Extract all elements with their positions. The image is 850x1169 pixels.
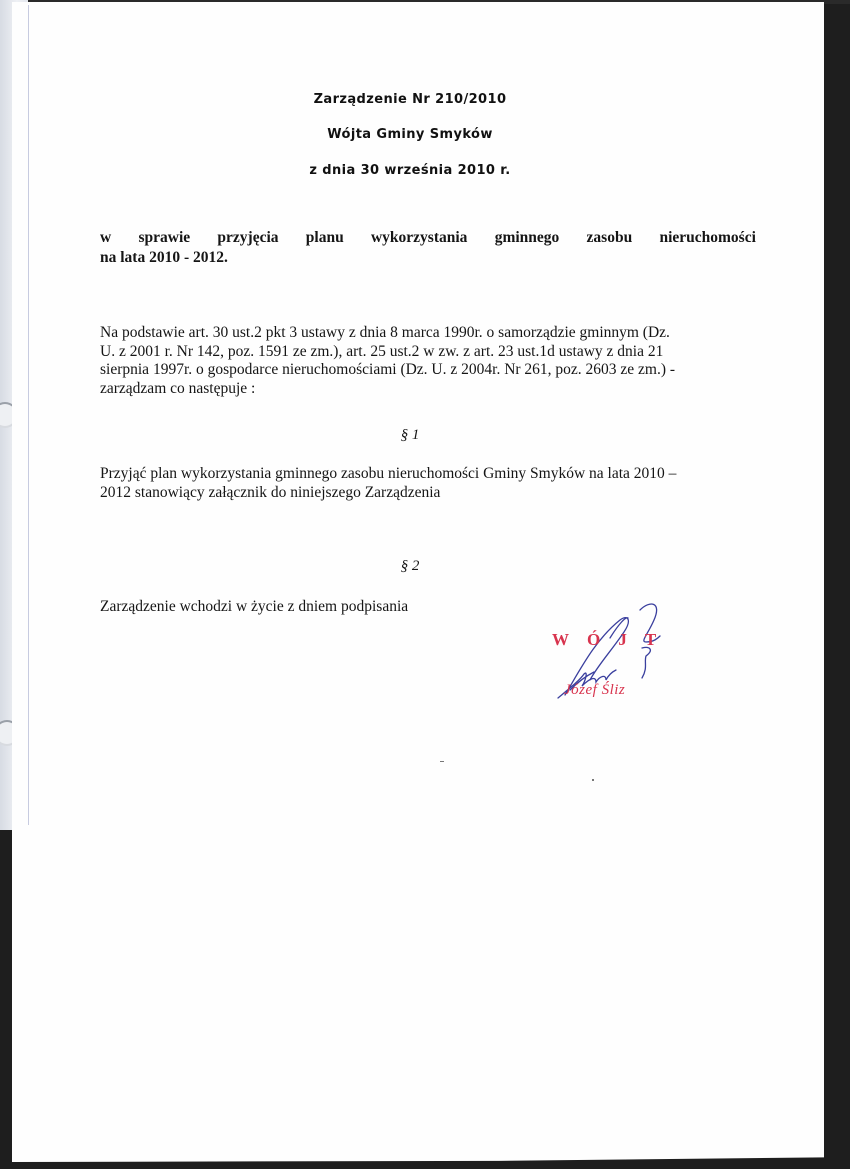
preamble-line: U. z 2001 r. Nr 142, poz. 1591 ze zm.), … xyxy=(100,343,740,362)
preamble-line: Na podstawie art. 30 ust.2 pkt 3 ustawy … xyxy=(100,324,740,343)
section-1-line: Przyjąć plan wykorzystania gminnego zaso… xyxy=(100,465,740,484)
section-2-heading: § 2 xyxy=(0,558,820,575)
subject-word: wykorzystania xyxy=(371,228,467,248)
subject-word: gminnego xyxy=(495,228,560,248)
document-issuer: Wójta Gminy Smyków xyxy=(0,127,820,142)
handwritten-signature-icon xyxy=(550,590,690,720)
document-subject: wsprawieprzyjęciaplanuwykorzystaniagminn… xyxy=(100,228,756,268)
stamp-name-text: Józef Śliz xyxy=(564,682,625,699)
official-stamp: W Ó J T Józef Śliz xyxy=(550,620,680,710)
subject-word: sprawie xyxy=(138,228,190,248)
subject-line-2: na lata 2010 - 2012. xyxy=(100,248,756,268)
section-1-body: Przyjąć plan wykorzystania gminnego zaso… xyxy=(100,465,740,502)
subject-word: przyjęcia xyxy=(217,228,278,248)
subject-word: planu xyxy=(306,228,344,248)
scan-artifact xyxy=(592,779,594,781)
document-title: Zarządzenie Nr 210/2010 xyxy=(0,92,820,107)
subject-line-1: wsprawieprzyjęciaplanuwykorzystaniagminn… xyxy=(100,228,756,248)
subject-word: nieruchomości xyxy=(659,228,755,248)
scan-artifact xyxy=(440,761,444,762)
section-1-line: 2012 stanowiący załącznik do niniejszego… xyxy=(100,484,740,503)
scanned-page-background: Zarządzenie Nr 210/2010 Wójta Gminy Smyk… xyxy=(0,0,850,1169)
preamble-line: sierpnia 1997r. o gospodarce nieruchomoś… xyxy=(100,361,740,380)
subject-word: w xyxy=(100,228,111,248)
document-date: z dnia 30 września 2010 r. xyxy=(0,163,820,178)
stamp-office-text: W Ó J T xyxy=(552,630,663,650)
preamble-paragraph: Na podstawie art. 30 ust.2 pkt 3 ustawy … xyxy=(100,324,740,398)
subject-word: zasobu xyxy=(587,228,633,248)
preamble-line: zarządzam co następuje : xyxy=(100,380,740,399)
section-1-heading: § 1 xyxy=(0,427,820,444)
